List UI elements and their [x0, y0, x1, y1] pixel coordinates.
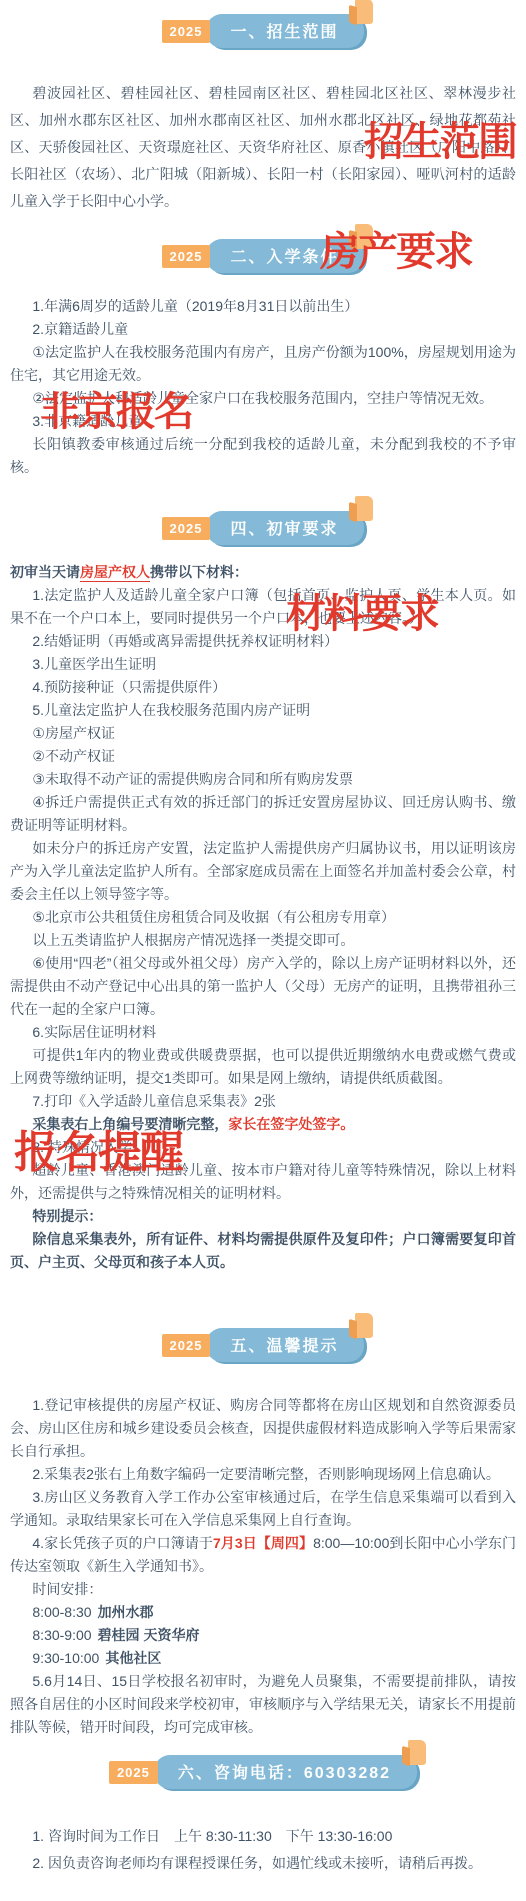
list-item: 1.法定监护人及适龄儿童全家户口簿（包括首页、监护人页、学生本人页。如果不在一个… [10, 584, 516, 630]
list-item: 1.年满6周岁的适龄儿童（2019年8月31日以前出生） [10, 295, 516, 318]
list-item: ④拆迁户需提供正式有效的拆迁部门的拆迁安置房屋协议、回迁房认购书、缴费证明等证明… [10, 791, 516, 837]
list-item: 可提供1年内的物业费或供暖费票据，也可以提供近期缴纳水电费或燃气费或上网费等缴纳… [10, 1044, 516, 1090]
section-5-title: 五、温馨提示 [206, 1328, 364, 1362]
list-item: 5.儿童法定监护人在我校服务范围内房产证明 [10, 699, 516, 722]
list-item: ⑥使用“四老”（祖父母或外祖父母）房产入学的，除以上房产证明材料以外，还需提供由… [10, 952, 516, 1021]
year-badge: 2025 [162, 20, 211, 43]
intro-post: 携带以下材料： [150, 564, 248, 580]
list-item: ②不动产权证 [10, 745, 516, 768]
schedule-row: 8:30-9:00碧桂园 天资华府 [10, 1624, 516, 1647]
schedule-time: 9:30-10:00 [32, 1650, 99, 1666]
intro-pre: 初审当天请 [10, 564, 80, 580]
schedule-time: 8:30-9:00 [32, 1627, 91, 1643]
list-item: 5.6月14日、15日学校报名初审时，为避免人员聚集，不需要提前排队，请按照各自… [10, 1670, 516, 1739]
list-item: 6.实际居住证明材料 [10, 1021, 516, 1044]
article-content: 2025 一、招生范围 碧波园社区、碧桂园社区、碧桂园南区社区、碧桂园北区社区、… [0, 0, 526, 1901]
list-item: ③未取得不动产证的需提供购房合同和所有购房发票 [10, 768, 516, 791]
page-fold-icon [355, 1313, 373, 1338]
section-4-title: 四、初审要求 [206, 511, 364, 545]
stamp-material-requirement: 材料要求 [286, 582, 438, 639]
materials-intro: 初审当天请房屋产权人携带以下材料： [10, 561, 516, 584]
schedule-row: 8:00-8:30加州水郡 [10, 1601, 516, 1624]
page-fold-icon [355, 0, 373, 24]
list-item: ①房屋产权证 [10, 722, 516, 745]
year-badge: 2025 [162, 1334, 211, 1357]
signature-red: 家长在签字处签字。 [228, 1116, 354, 1132]
property-owner-highlight: 房屋产权人 [80, 564, 150, 580]
stamp-nonbeijing-registration: 非京报名 [40, 380, 192, 437]
year-badge: 2025 [109, 1761, 158, 1784]
schedule-place: 碧桂园 天资华府 [98, 1627, 200, 1643]
section-6-body: 1. 咨询时间为工作日 上午 8:30-11:30 下午 13:30-16:00… [10, 1823, 516, 1877]
list-item: 4.预防接种证（只需提供原件） [10, 676, 516, 699]
schedule-row: 9:30-10:00其他社区 [10, 1647, 516, 1670]
list-item: 2.京籍适龄儿童 [10, 318, 516, 341]
section-5-body: 1.登记审核提供的房屋产权证、购房合同等都将在房山区规划和自然资源委员会、房山区… [10, 1394, 516, 1739]
page: 2025 一、招生范围 碧波园社区、碧桂园社区、碧桂园南区社区、碧桂园北区社区、… [0, 0, 526, 1901]
list-item: ⑤北京市公共租赁住房租赁合同及收据（有公租房专用章） [10, 906, 516, 929]
page-fold-icon [355, 496, 373, 521]
section-5-header: 2025 五、温馨提示 [10, 1328, 516, 1362]
special-note-label: 特别提示： [10, 1205, 516, 1228]
list-item: 1. 咨询时间为工作日 上午 8:30-11:30 下午 13:30-16:00 [10, 1823, 516, 1850]
list-item: 1.登记审核提供的房屋产权证、购房合同等都将在房山区规划和自然资源委员会、房山区… [10, 1394, 516, 1463]
stamp-property-requirement: 房产要求 [320, 220, 472, 277]
page-fold-icon [408, 1740, 426, 1765]
pickup-date-item: 4.家长凭孩子页的户口簿请于7月3日【周四】8:00—10:00到长阳中心小学东… [10, 1532, 516, 1578]
list-item: 长阳镇教委审核通过后统一分配到我校的适龄儿童，未分配到我校的不予审核。 [10, 433, 516, 479]
stamp-enrollment-scope: 招生范围 [364, 110, 516, 167]
year-badge: 2025 [162, 517, 211, 540]
pickup-date-highlight: 7月3日【周四】 [213, 1535, 313, 1551]
list-item: 2.结婚证明（再婚或离异需提供抚养权证明材料） [10, 630, 516, 653]
schedule-label: 时间安排： [10, 1578, 516, 1601]
section-6-header: 2025 六、咨询电话：60303282 [10, 1755, 516, 1789]
section-1-header: 2025 一、招生范围 [10, 14, 516, 48]
section-1-title: 一、招生范围 [206, 14, 364, 48]
list-item: 如未分户的拆迁房产安置，法定监护人需提供房产归属协议书，用以证明该房产为入学儿童… [10, 837, 516, 906]
section-4-header: 2025 四、初审要求 [10, 511, 516, 545]
section-6-title: 六、咨询电话：60303282 [154, 1755, 417, 1789]
schedule-time: 8:00-8:30 [32, 1604, 91, 1620]
schedule-place: 其他社区 [105, 1650, 161, 1666]
list-item: 2.采集表2张右上角数字编码一定要清晰完整，否则影响现场网上信息确认。 [10, 1463, 516, 1486]
list-item: 2. 因负责咨询老师均有课程授课任务，如遇忙线或未接听，请稍后再拨。 [10, 1850, 516, 1877]
schedule-place: 加州水郡 [98, 1604, 154, 1620]
stamp-registration-reminder: 报名提醒 [14, 1116, 182, 1180]
year-badge: 2025 [162, 245, 211, 268]
list-item: 7.打印《入学适龄儿童信息采集表》2张 [10, 1090, 516, 1113]
list-item: 3.房山区义务教育入学工作办公室审核通过后，在学生信息采集端可以看到入学通知。录… [10, 1486, 516, 1532]
pickup-pre: 4.家长凭孩子页的户口簿请于 [32, 1535, 213, 1551]
list-item: 以上五类请监护人根据房产情况选择一类提交即可。 [10, 929, 516, 952]
special-note-text: 除信息采集表外，所有证件、材料均需提供原件及复印件；户口簿需要复印首页、户主页、… [10, 1228, 516, 1274]
list-item: 3.儿童医学出生证明 [10, 653, 516, 676]
